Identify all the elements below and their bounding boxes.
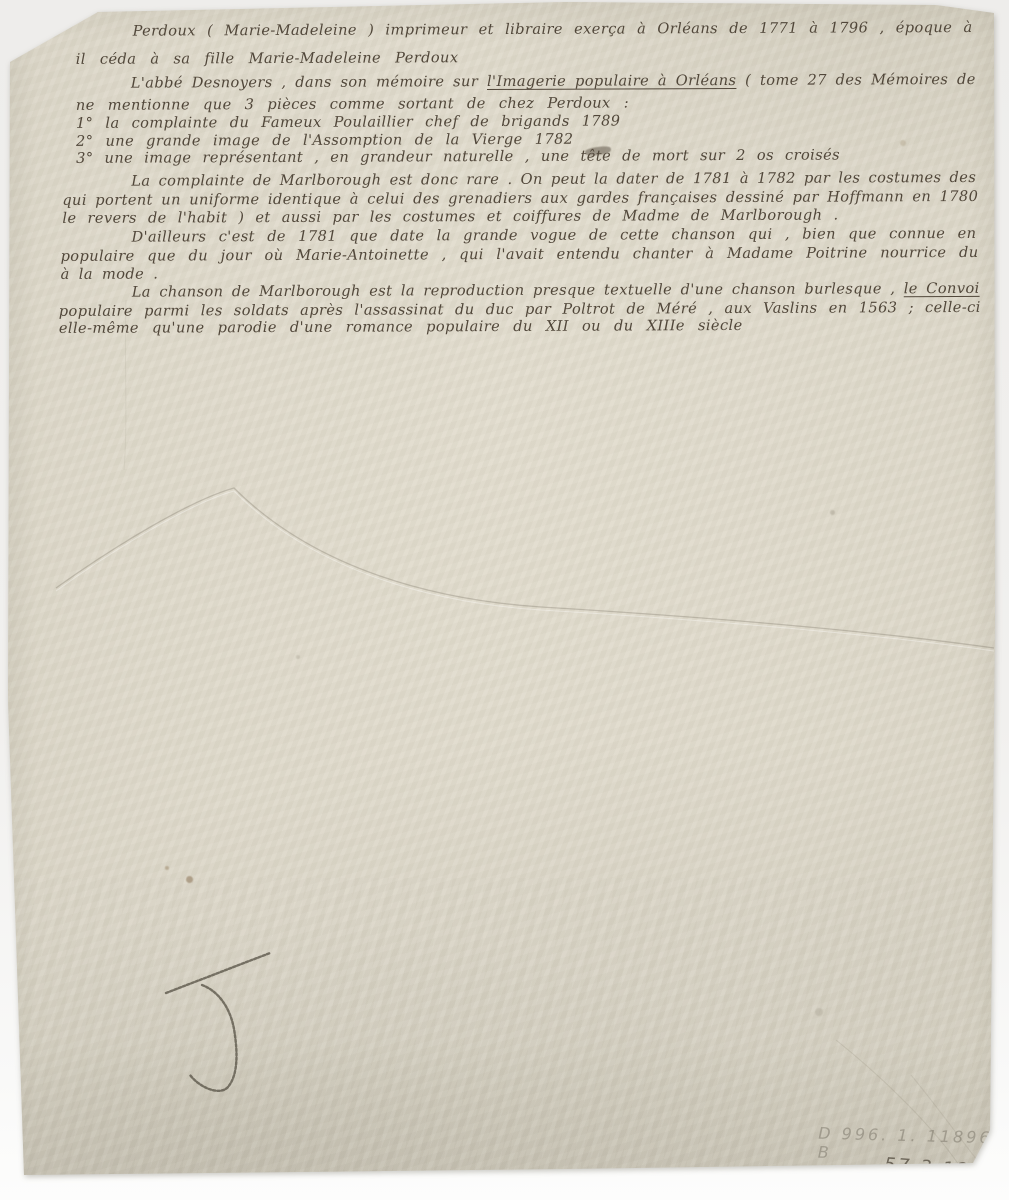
manuscript-line-2: il céda à sa fille Marie-Madeleine Perdo… xyxy=(76,48,459,70)
text-segment: il céda à sa fille Marie-Madeleine Perdo… xyxy=(76,49,459,68)
manuscript-line-1: Perdoux ( Marie-Madeleine ) imprimeur et… xyxy=(133,18,973,42)
text-segment: Perdoux ( Marie-Madeleine ) imprimeur et… xyxy=(133,19,973,42)
text-segment: à la mode . xyxy=(61,265,159,282)
manuscript-line-16: elle-même qu'une parodie d'une romance p… xyxy=(59,316,743,339)
manuscript-text: Perdoux ( Marie-Madeleine ) imprimeur et… xyxy=(3,0,998,1180)
text-segment: La chanson de Marlborough est la reprodu… xyxy=(132,280,904,300)
text-segment: L'abbé Desnoyers , dans son mémoire sur xyxy=(131,73,487,92)
scan-background: Perdoux ( Marie-Madeleine ) imprimeur et… xyxy=(0,0,1009,1200)
text-segment: elle-même qu'une parodie d'une romance p… xyxy=(59,317,743,337)
text-segment: le revers de l'habit ) et aussi par les … xyxy=(62,207,838,227)
manuscript-line-12: populaire que du jour où Marie-Antoinett… xyxy=(61,243,979,267)
underlined-phrase: l'Imagerie populaire à Orléans xyxy=(487,72,736,90)
manuscript-line-3: L'abbé Desnoyers , dans son mémoire sur … xyxy=(131,70,976,94)
manuscript-line-7: 3° une image représentant , en grandeur … xyxy=(76,146,840,169)
text-segment: populaire que du jour où Marie-Antoinett… xyxy=(61,244,979,267)
manuscript-page: Perdoux ( Marie-Madeleine ) imprimeur et… xyxy=(6,0,996,1178)
text-segment: 3° une image représentant , en grandeur … xyxy=(76,147,840,167)
